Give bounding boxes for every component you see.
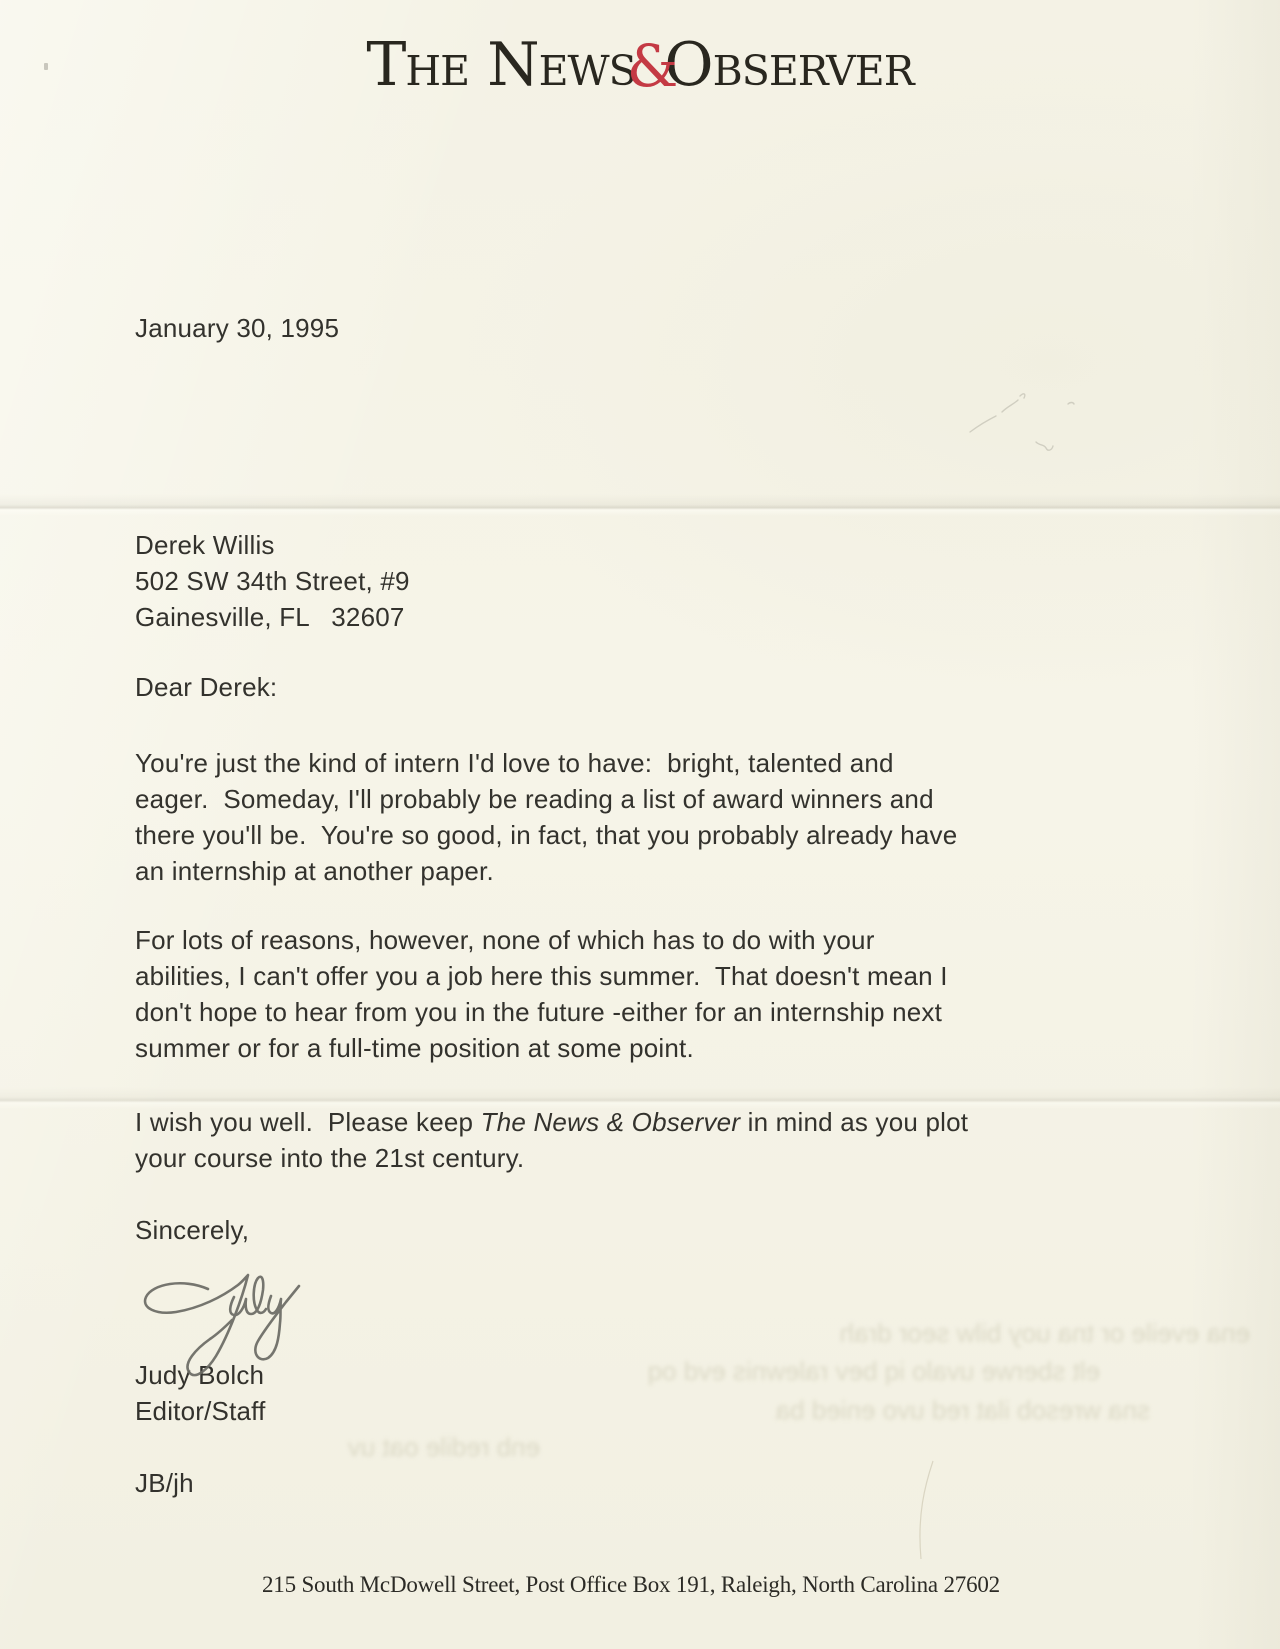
masthead-red-ampersand: & [627, 32, 678, 100]
handwritten-signature [138, 1263, 328, 1403]
recipient-address-block: Derek Willis502 SW 34th Street, #9Gaines… [135, 527, 1255, 635]
masthead-letter: N [487, 30, 539, 100]
paragraph-3-text: I wish you well. Please keep [135, 1107, 481, 1137]
masthead-letters: EWS [539, 47, 636, 95]
ink-bleedthrough: enb redile oat uv [240, 1432, 540, 1463]
paper-fold-crease [0, 494, 1280, 516]
recipient-name: Derek Willis [135, 530, 275, 560]
paragraph-2: For lots of reasons, however, none of wh… [135, 922, 1255, 1066]
recipient-address-line2: Gainesville, FL 32607 [135, 602, 405, 632]
newspaper-masthead: THENEWS&OBSERVER [0, 26, 1280, 110]
ink-bleedthrough: ena eveile or tna uoy bilw seor drah [300, 1318, 1250, 1349]
newspaper-title-italic: The News & Observer [481, 1107, 741, 1137]
paragraph-1: You're just the kind of intern I'd love … [135, 745, 1255, 889]
masthead-letters: BSERVER [713, 47, 914, 95]
masthead-letter: T [366, 30, 405, 100]
paragraph-3: I wish you well. Please keep The News & … [135, 1104, 1255, 1176]
salutation: Dear Derek: [135, 669, 1255, 705]
closing: Sincerely, [135, 1212, 1255, 1248]
recipient-address-line1: 502 SW 34th Street, #9 [135, 566, 410, 596]
faint-pencil-marks [940, 370, 1090, 460]
masthead-letters: HE [405, 47, 469, 95]
typist-initials: JB/jh [135, 1465, 1255, 1501]
letter-date: January 30, 1995 [135, 310, 1255, 346]
scan-speck [44, 63, 48, 70]
letterhead-footer-address: 215 South McDowell Street, Post Office B… [0, 1572, 1262, 1598]
scanned-letter-page: THENEWS&OBSERVER January 30, 1995 Derek … [0, 0, 1280, 1649]
